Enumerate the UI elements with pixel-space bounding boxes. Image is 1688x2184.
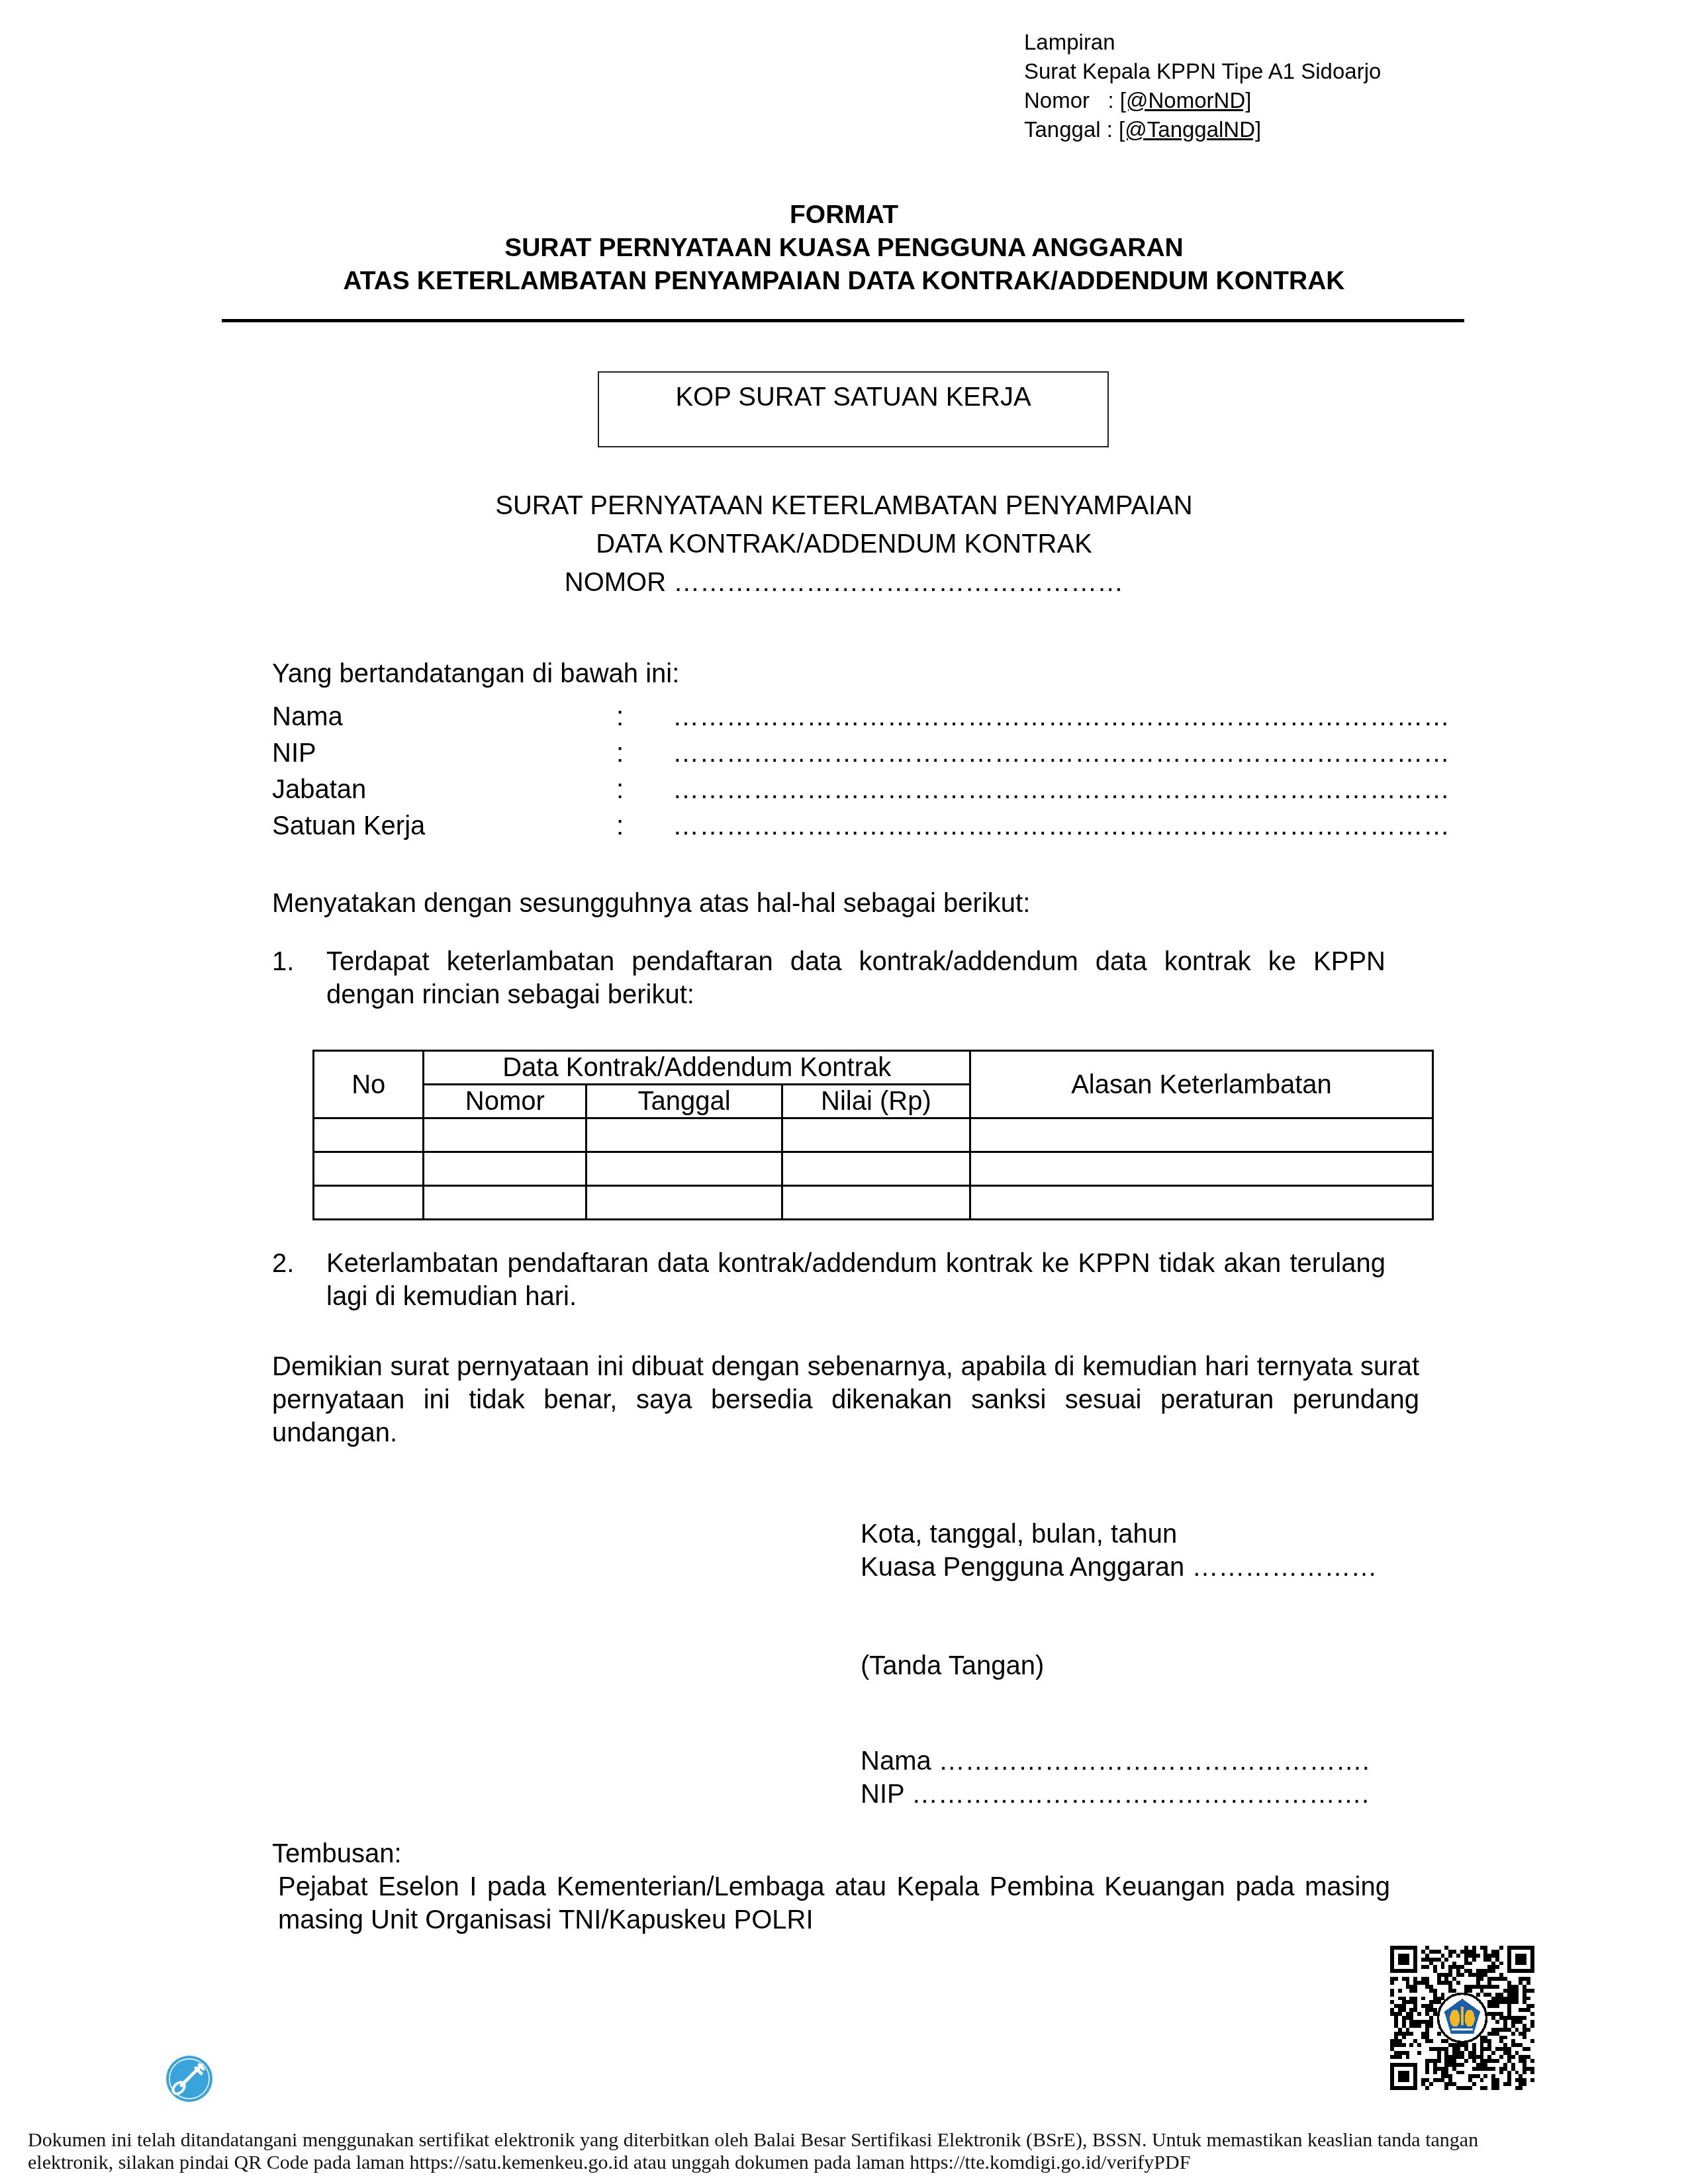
identity-label: Nama — [272, 700, 343, 733]
table-cell[interactable] — [586, 1152, 782, 1186]
disclaimer-line-2: elektronik, silakan pindai QR Code pada … — [28, 2152, 1478, 2174]
table-cell[interactable] — [970, 1186, 1432, 1220]
identity-colon: : — [616, 737, 624, 770]
signature-role: Kuasa Pengguna Anggaran ………………… — [861, 1551, 1377, 1584]
signature-place-date: Kota, tanggal, bulan, tahun — [861, 1518, 1177, 1551]
attachment-header: Lampiran Surat Kepala KPPN Tipe A1 Sidoa… — [1024, 28, 1381, 144]
e-signature-disclaimer: Dokumen ini telah ditandatangani menggun… — [28, 2129, 1478, 2174]
attachment-number-value: [@NomorND] — [1120, 88, 1252, 113]
signature-nip: NIP ……………………………………………. — [861, 1778, 1369, 1811]
table-cell[interactable] — [314, 1152, 424, 1186]
statement-heading: SURAT PERNYATAAN KETERLAMBATAN PENYAMPAI… — [0, 486, 1688, 602]
table-cell[interactable] — [782, 1118, 970, 1152]
attachment-date-label: Tanggal : — [1024, 117, 1119, 142]
table-cell[interactable] — [314, 1186, 424, 1220]
statement-heading-line-2: DATA KONTRAK/ADDENDUM KONTRAK — [0, 525, 1688, 563]
item-number: 2. — [272, 1247, 294, 1280]
table-cell[interactable] — [970, 1152, 1432, 1186]
title-divider — [222, 319, 1464, 322]
document-title: FORMAT SURAT PERNYATAAN KUASA PENGGUNA A… — [0, 199, 1688, 298]
copy-to-recipients: Pejabat Eselon I pada Kementerian/Lembag… — [278, 1870, 1390, 1936]
identity-fill-blank[interactable]: …………………………………………………………………………… — [673, 700, 1679, 733]
table-cell[interactable] — [424, 1186, 586, 1220]
declaration-intro: Menyatakan dengan sesungguhnya atas hal-… — [272, 887, 1030, 920]
letterhead-placeholder-box: KOP SURAT SATUAN KERJA — [598, 371, 1109, 447]
signatory-intro: Yang bertandatangan di bawah ini: — [272, 657, 679, 690]
disclaimer-line-1: Dokumen ini telah ditandatangani menggun… — [28, 2129, 1478, 2152]
attachment-number-row: Nomor : [@NomorND] — [1024, 86, 1381, 115]
copy-to-label: Tembusan: — [272, 1837, 402, 1870]
qr-code-icon[interactable] — [1390, 1946, 1534, 2090]
table-cell[interactable] — [586, 1118, 782, 1152]
bsre-key-logo-icon — [165, 2055, 213, 2103]
signature-placeholder: (Tanda Tangan) — [861, 1649, 1044, 1682]
title-line-2: SURAT PERNYATAAN KUASA PENGGUNA ANGGARAN — [0, 232, 1688, 265]
column-group-header-contract-data: Data Kontrak/Addendum Kontrak — [424, 1051, 970, 1085]
table-cell[interactable] — [586, 1186, 782, 1220]
table-cell[interactable] — [424, 1152, 586, 1186]
identity-colon: : — [616, 809, 624, 842]
column-header-nilai: Nilai (Rp) — [782, 1085, 970, 1118]
closing-paragraph: Demikian surat pernyataan ini dibuat den… — [272, 1350, 1419, 1449]
item-text: Keterlambatan pendaftaran data kontrak/a… — [326, 1247, 1385, 1313]
signature-name: Nama …………………………………………. — [861, 1745, 1370, 1778]
attachment-date-value: [@TanggalND] — [1119, 117, 1261, 142]
contract-delay-table: No Data Kontrak/Addendum Kontrak Alasan … — [312, 1050, 1434, 1220]
item-text: Terdapat keterlambatan pendaftaran data … — [326, 945, 1385, 1011]
title-line-1: FORMAT — [0, 199, 1688, 232]
statement-number: NOMOR …………………………………………… — [0, 563, 1688, 602]
identity-colon: : — [616, 773, 624, 806]
kemenkeu-emblem-icon — [1438, 1993, 1486, 2042]
title-line-3: ATAS KETERLAMBATAN PENYAMPAIAN DATA KONT… — [0, 265, 1688, 298]
identity-fill-blank[interactable]: …………………………………………………………………………… — [673, 773, 1679, 806]
table-cell[interactable] — [970, 1118, 1432, 1152]
table-cell[interactable] — [782, 1186, 970, 1220]
identity-label: Jabatan — [272, 773, 366, 806]
identity-fill-blank[interactable]: …………………………………………………………………………… — [673, 737, 1679, 770]
identity-label: NIP — [272, 737, 316, 770]
column-header-reason: Alasan Keterlambatan — [970, 1051, 1432, 1118]
column-header-no: No — [314, 1051, 424, 1118]
table-row — [314, 1152, 1433, 1186]
attachment-letter-ref: Surat Kepala KPPN Tipe A1 Sidoarjo — [1024, 57, 1381, 86]
column-header-nomor: Nomor — [424, 1085, 586, 1118]
table-cell[interactable] — [424, 1118, 586, 1152]
table-cell[interactable] — [782, 1152, 970, 1186]
attachment-label: Lampiran — [1024, 28, 1381, 57]
identity-label: Satuan Kerja — [272, 809, 425, 842]
identity-fill-blank[interactable]: …………………………………………………………………………… — [673, 809, 1679, 842]
attachment-number-label: Nomor : — [1024, 88, 1120, 113]
statement-heading-line-1: SURAT PERNYATAAN KETERLAMBATAN PENYAMPAI… — [0, 486, 1688, 525]
column-header-tanggal: Tanggal — [586, 1085, 782, 1118]
letterhead-placeholder-text: KOP SURAT SATUAN KERJA — [599, 381, 1107, 414]
item-number: 1. — [272, 945, 294, 978]
identity-colon: : — [616, 700, 624, 733]
table-row — [314, 1186, 1433, 1220]
table-cell[interactable] — [314, 1118, 424, 1152]
attachment-date-row: Tanggal : [@TanggalND] — [1024, 115, 1381, 144]
table-row — [314, 1118, 1433, 1152]
